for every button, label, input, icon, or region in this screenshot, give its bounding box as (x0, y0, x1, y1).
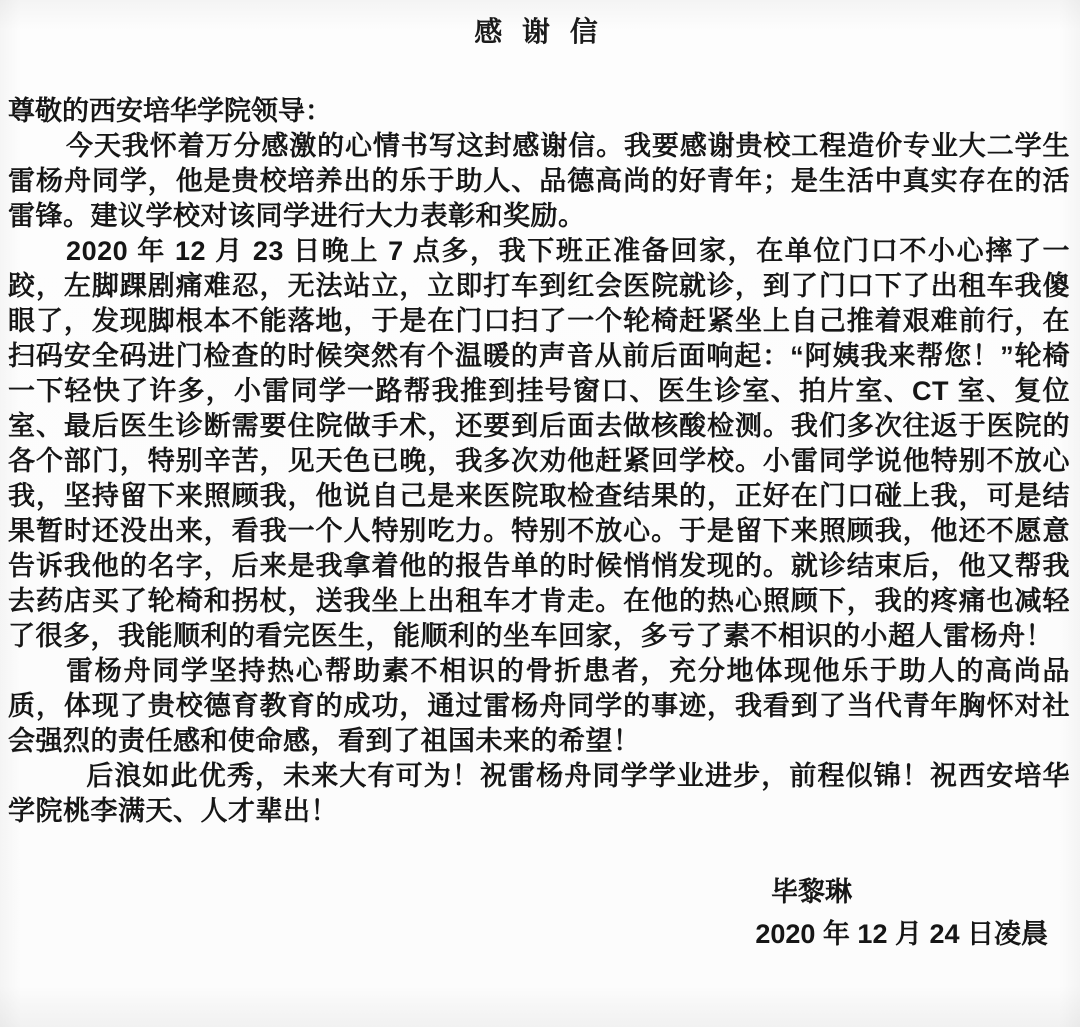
letter-salutation: 尊敬的西安培华学院领导： (8, 94, 1070, 129)
letter-title: 感 谢 信 (8, 12, 1070, 52)
letter-paragraph-praise: 雷杨舟同学坚持热心帮助素不相识的骨折患者，充分地体现他乐于助人的高尚品质，体现了… (8, 654, 1070, 759)
signature-name: 毕黎琳 (8, 875, 1070, 910)
thank-you-letter-page: 感 谢 信 尊敬的西安培华学院领导： 今天我怀着万分感激的心情书写这封感谢信。我… (0, 0, 1080, 1027)
signature-date: 2020 年 12 月 24 日凌晨 (8, 917, 1070, 952)
letter-paragraph-story: 2020 年 12 月 23 日晚上 7 点多，我下班正准备回家，在单位门口不小… (8, 234, 1070, 654)
letter-paragraph-intro: 今天我怀着万分感激的心情书写这封感谢信。我要感谢贵校工程造价专业大二学生雷杨舟同… (8, 129, 1070, 234)
letter-paragraph-wishes: 后浪如此优秀，未来大有可为！祝雷杨舟同学学业进步，前程似锦！祝西安培华学院桃李满… (8, 759, 1070, 829)
